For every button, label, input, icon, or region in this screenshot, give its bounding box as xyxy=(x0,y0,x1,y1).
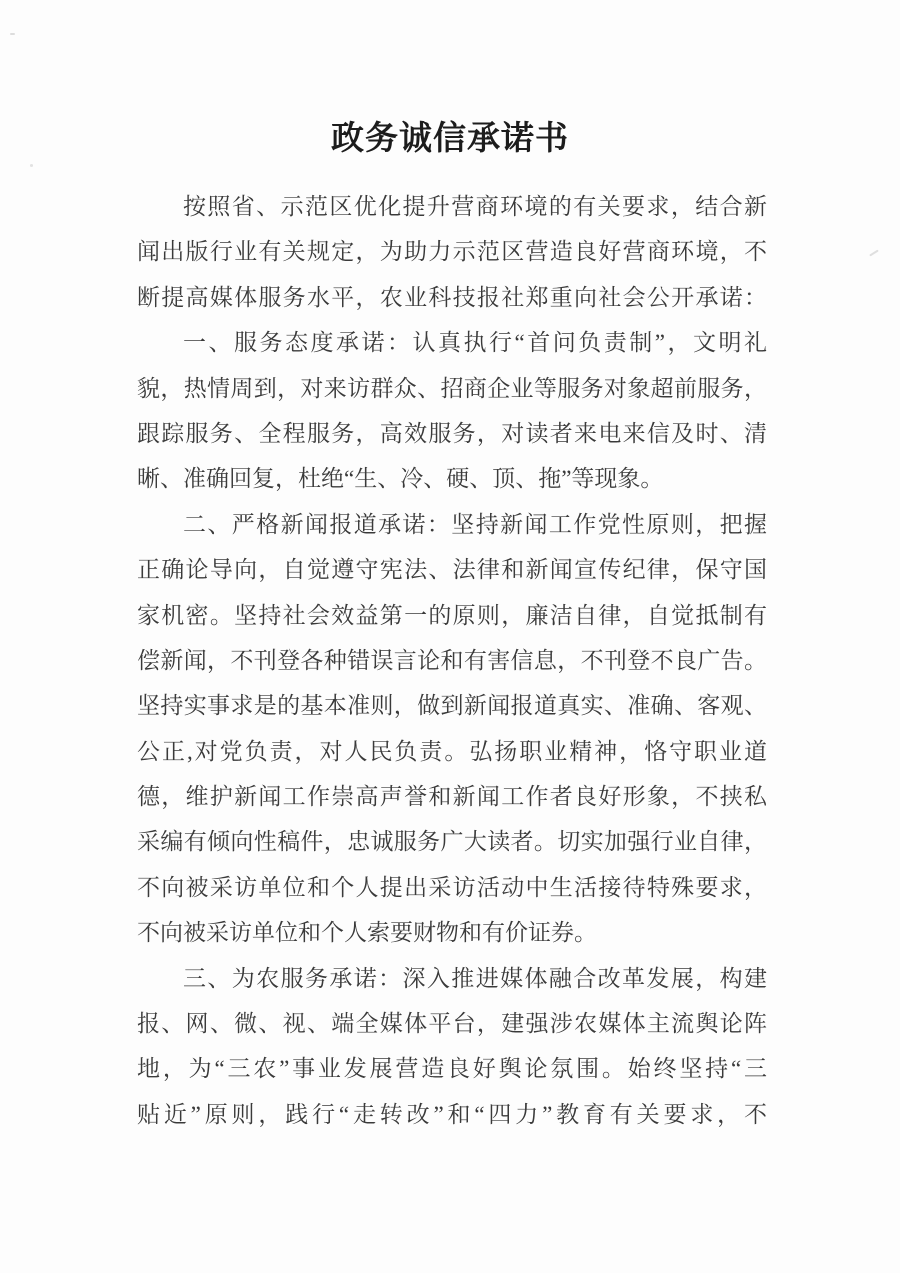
text-line: 三、为农服务承诺：深入推进媒体融合改革发展，构建 xyxy=(137,956,767,1001)
text-line: 德，维护新闻工作崇高声誉和新闻工作者良好形象，不挟私 xyxy=(137,774,767,819)
text-line: 闻出版行业有关规定，为助力示范区营造良好营商环境，不 xyxy=(137,229,767,274)
text-line: 一、服务态度承诺：认真执行“首问负责制”，文明礼 xyxy=(137,320,767,365)
text-line: 正确论导向，自觉遵守宪法、法律和新闻宣传纪律，保守国 xyxy=(137,547,767,592)
text-line: 二、严格新闻报道承诺：坚持新闻工作党性原则，把握 xyxy=(137,502,767,547)
text-line: 貌，热情周到，对来访群众、招商企业等服务对象超前服务， xyxy=(137,366,767,411)
text-line: 采编有倾向性稿件，忠诚服务广大读者。切实加强行业自律， xyxy=(137,819,767,864)
text-line: 贴近”原则，践行“走转改”和“四力”教育有关要求，不 xyxy=(137,1092,767,1137)
text-line: 公正,对党负责，对人民负责。弘扬职业精神，恪守职业道 xyxy=(137,729,767,774)
text-line: 不向被采访单位和个人索要财物和有价证券。 xyxy=(137,910,767,955)
text-line: 报、网、微、视、端全媒体平台，建强涉农媒体主流舆论阵 xyxy=(137,1001,767,1046)
document-body: 按照省、示范区优化提升营商环境的有关要求，结合新 闻出版行业有关规定，为助力示范… xyxy=(137,184,767,1137)
text-line: 坚持实事求是的基本准则，做到新闻报道真实、准确、客观、 xyxy=(137,683,767,728)
scan-speck xyxy=(30,164,33,167)
text-line: 不向被采访单位和个人提出采访活动中生活接待特殊要求， xyxy=(137,865,767,910)
text-line: 断提高媒体服务水平，农业科技报社郑重向社会公开承诺： xyxy=(137,275,767,320)
text-line: 地，为“三农”事业发展营造良好舆论氛围。始终坚持“三 xyxy=(137,1046,767,1091)
text-line: 跟踪服务、全程服务，高效服务，对读者来电来信及时、清 xyxy=(137,411,767,456)
text-line: 晰、准确回复，杜绝“生、冷、硬、顶、拖”等现象。 xyxy=(137,456,767,501)
text-line: 偿新闻，不刊登各种错误言论和有害信息，不刊登不良广告。 xyxy=(137,638,767,683)
document-title: 政务诚信承诺书 xyxy=(0,116,900,162)
scan-speck xyxy=(869,250,879,257)
text-line: 按照省、示范区优化提升营商环境的有关要求，结合新 xyxy=(137,184,767,229)
scan-speck xyxy=(10,33,15,35)
scanned-document-page: 政务诚信承诺书 按照省、示范区优化提升营商环境的有关要求，结合新 闻出版行业有关… xyxy=(0,0,900,1273)
text-line: 家机密。坚持社会效益第一的原则，廉洁自律，自觉抵制有 xyxy=(137,593,767,638)
